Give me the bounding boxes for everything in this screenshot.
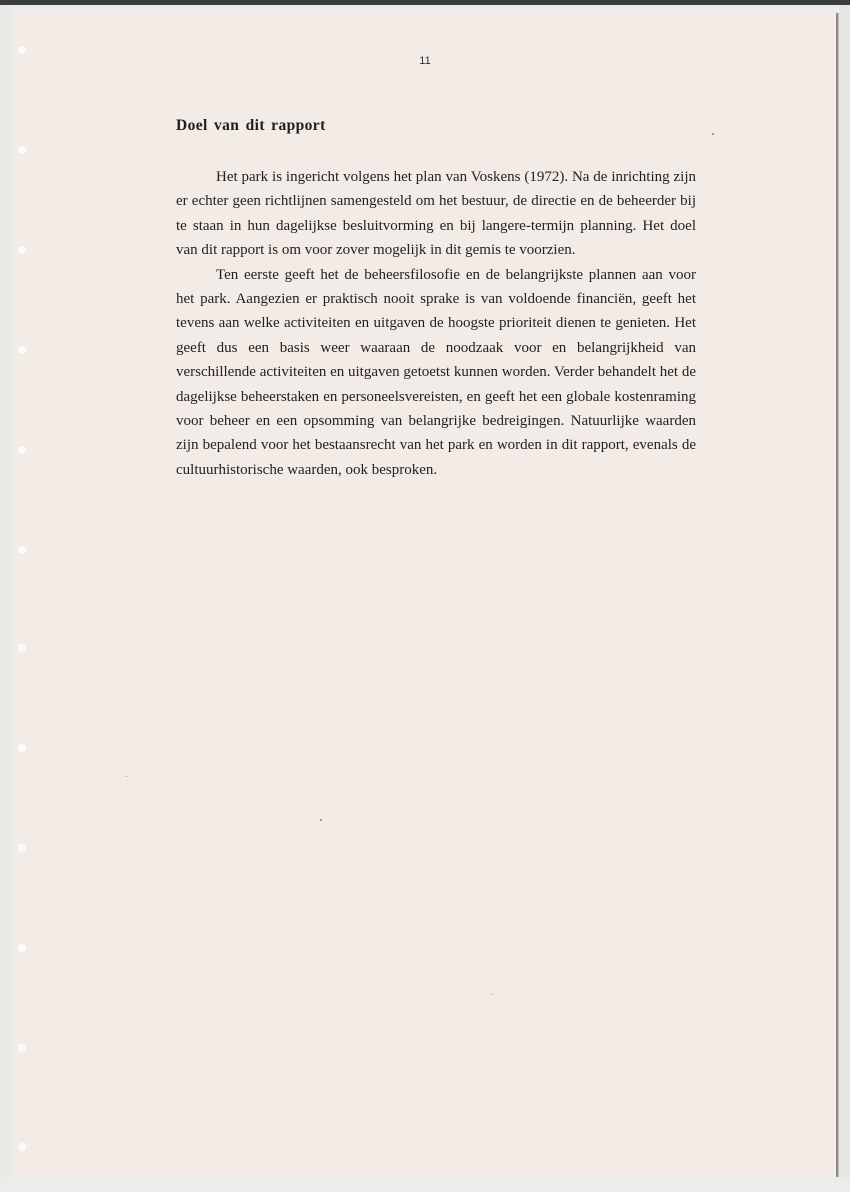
binding-hole-icon — [17, 743, 27, 753]
section-heading: Doel van dit rapport — [176, 117, 326, 135]
scan-speck — [712, 133, 714, 135]
binding-hole-icon — [17, 245, 27, 255]
right-margin-backing — [839, 5, 850, 1192]
binding-hole-icon — [17, 445, 27, 455]
page-number: 11 — [0, 55, 850, 67]
bottom-margin-backing — [0, 1177, 850, 1192]
binding-hole-icon — [17, 643, 27, 653]
scan-speck — [320, 819, 322, 821]
paragraph-1: Het park is ingericht volgens het plan v… — [176, 165, 696, 263]
binding-hole-icon — [17, 843, 27, 853]
paragraph-2: Ten eerste geeft het de beheersfilosofie… — [176, 263, 696, 483]
scan-speck — [126, 776, 127, 777]
binding-hole-icon — [17, 345, 27, 355]
body-text: Het park is ingericht volgens het plan v… — [176, 165, 696, 482]
binding-hole-icon — [17, 1142, 27, 1152]
binding-hole-icon — [17, 145, 27, 155]
binding-hole-icon — [17, 943, 27, 953]
scan-speck — [492, 994, 493, 995]
scanner-edge — [0, 0, 850, 5]
scanned-page-view: 11 Doel van dit rapport Het park is inge… — [0, 0, 850, 1192]
binding-hole-icon — [17, 1043, 27, 1053]
binding-hole-icon — [17, 45, 27, 55]
binding-hole-icon — [17, 545, 27, 555]
left-margin-backing — [0, 5, 12, 1192]
